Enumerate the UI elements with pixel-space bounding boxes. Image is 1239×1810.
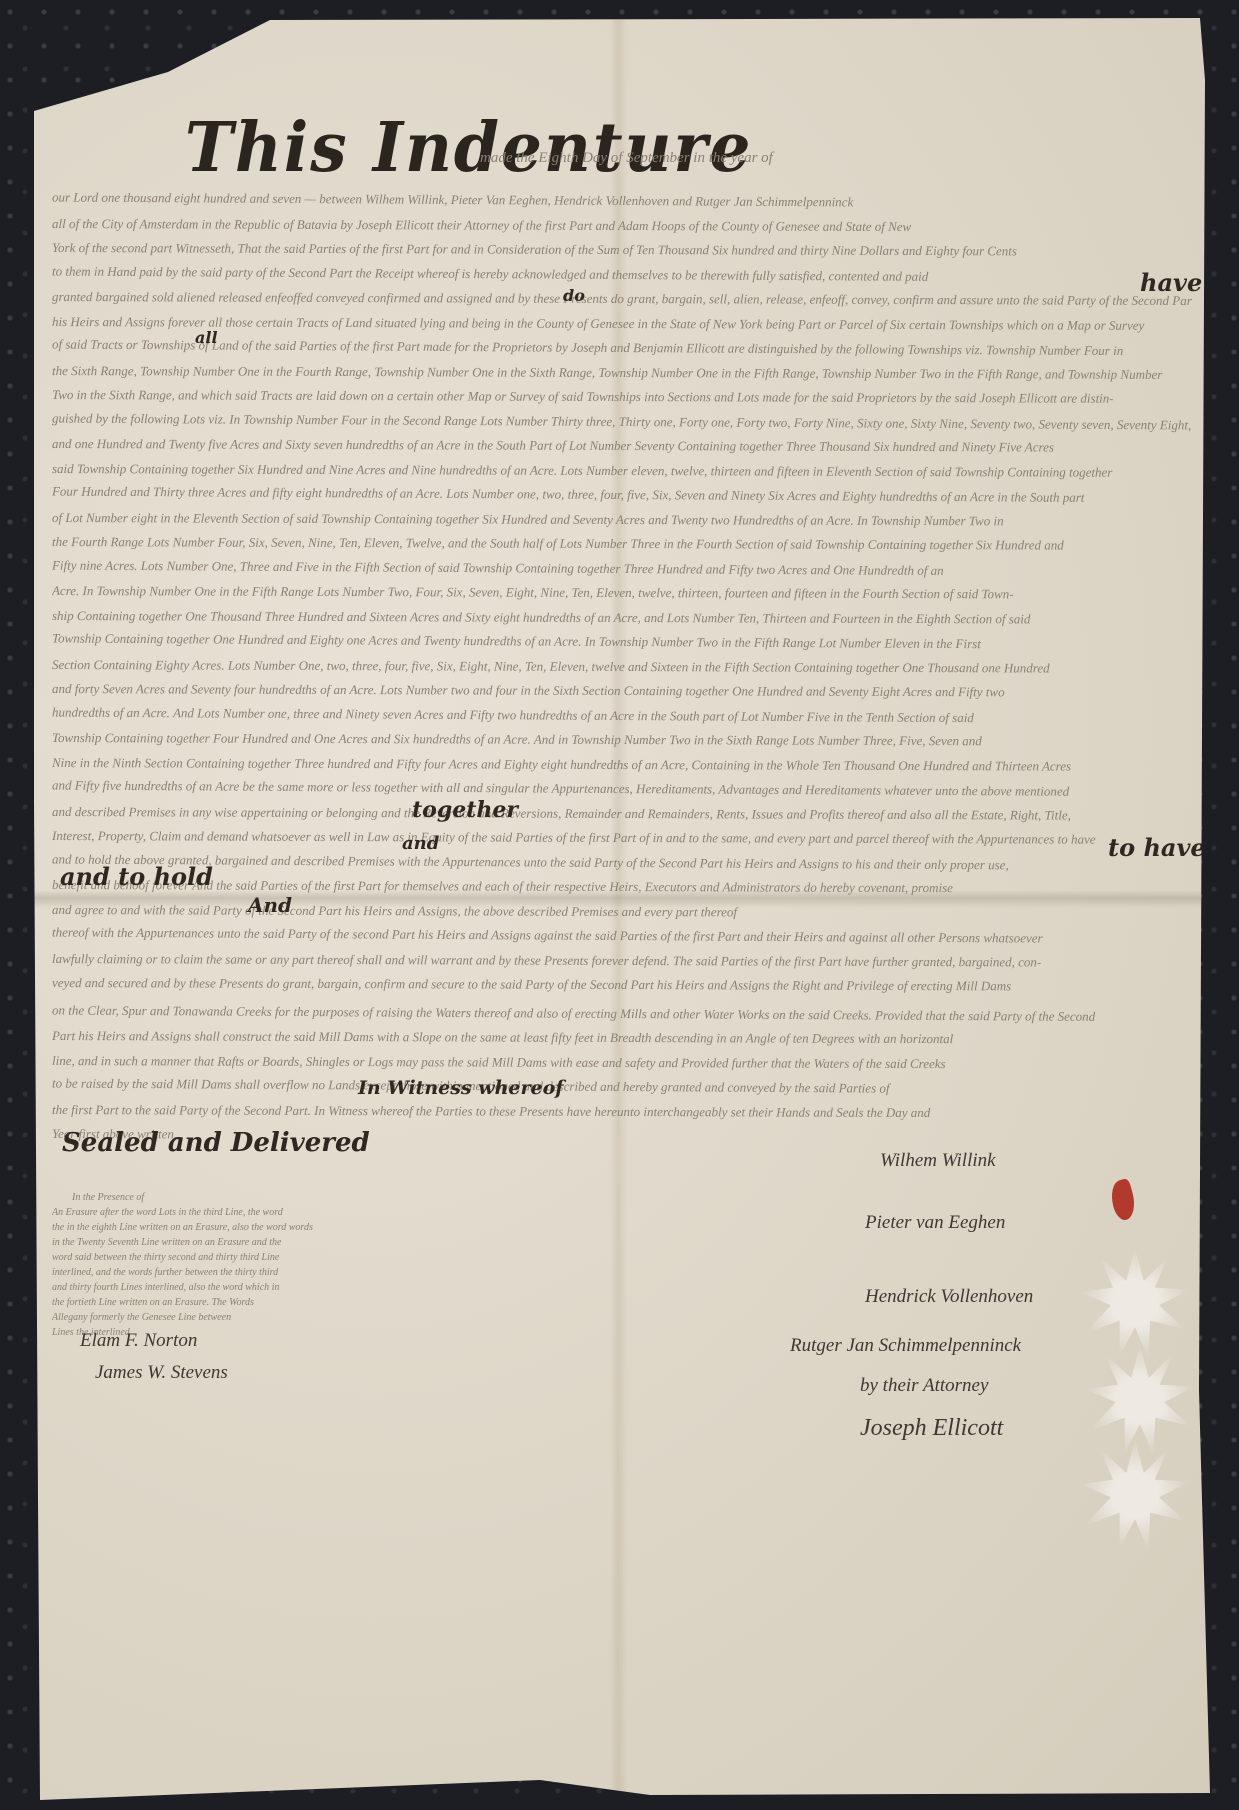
body-line: guished by the following Lots viz. In To… xyxy=(52,410,1192,433)
display-word-all: all xyxy=(195,328,218,347)
witness-note-line: An Erasure after the word Lots in the th… xyxy=(52,1205,322,1220)
grantor-signature: Rutger Jan Schimmelpenninck xyxy=(790,1335,1021,1357)
wax-seal-icon xyxy=(1107,1178,1139,1222)
opening-line: made the Eighth Day of September in the … xyxy=(480,150,1180,167)
witness-signature: Elam F. Norton xyxy=(80,1330,197,1352)
witness-note-line: interlined, and the words further betwee… xyxy=(52,1265,322,1280)
body-line: on the Clear, Spur and Tonawanda Creeks … xyxy=(52,1002,1192,1025)
witness-note-line: Allegany formerly the Genesee Line betwe… xyxy=(52,1310,322,1325)
body-line: all of the City of Amsterdam in the Repu… xyxy=(52,216,1192,236)
witness-note-line: the in the eighth Line written on an Era… xyxy=(52,1220,322,1235)
body-line: Fifty nine Acres. Lots Number One, Three… xyxy=(52,557,1192,580)
body-line: and described Premises in any wise apper… xyxy=(52,804,1192,824)
body-line: and forty Seven Acres and Seventy four h… xyxy=(52,681,1192,701)
display-word-and: and xyxy=(402,833,439,854)
body-line: our Lord one thousand eight hundred and … xyxy=(52,190,1192,213)
body-line: ship Containing together One Thousand Th… xyxy=(52,608,1192,628)
body-line: Acre. In Township Number One in the Fift… xyxy=(52,583,1192,603)
body-line: Part his Heirs and Assigns shall constru… xyxy=(52,1028,1192,1048)
body-line: and to hold the above granted, bargained… xyxy=(52,851,1192,874)
body-line: Section Containing Eighty Acres. Lots Nu… xyxy=(52,657,1192,677)
body-line: Two in the Sixth Range, and which said T… xyxy=(52,387,1192,407)
witness-note-line: word said between the thirty second and … xyxy=(52,1250,322,1265)
witness-note-line: in the Twenty Seventh Line written on an… xyxy=(52,1235,322,1250)
display-word-to-have: to have xyxy=(1108,833,1206,862)
body-line: granted bargained sold aliened released … xyxy=(52,289,1192,309)
parchment-document: This Indenture made the Eighth Day of Se… xyxy=(0,0,1239,1810)
body-line: to them in Hand paid by the said party o… xyxy=(52,263,1192,286)
display-in-witness-whereof: In Witness whereof xyxy=(358,1077,563,1099)
grantor-signature: by their Attorney xyxy=(860,1375,988,1397)
paper-seal-icon xyxy=(1085,1345,1195,1455)
witness-signature: James W. Stevens xyxy=(95,1362,228,1384)
body-line: thereof with the Appurtenances unto the … xyxy=(52,925,1192,948)
body-line: York of the second part Witnesseth, That… xyxy=(52,240,1192,260)
display-word-and-cap: And xyxy=(248,893,292,917)
body-line: to be raised by the said Mill Dams shall… xyxy=(52,1076,1192,1099)
body-line: Township Containing together One Hundred… xyxy=(52,631,1192,654)
witness-note: In the Presence of An Erasure after the … xyxy=(52,1190,322,1340)
body-line: Interest, Property, Claim and demand wha… xyxy=(52,828,1192,848)
body-line: veyed and secured and by these Presents … xyxy=(52,975,1192,995)
display-word-do: do xyxy=(563,286,585,305)
display-word-together: together xyxy=(412,797,518,823)
witness-heading: In the Presence of xyxy=(52,1190,322,1205)
grantor-signature: Wilhem Willink xyxy=(880,1150,996,1172)
body-line: the Sixth Range, Township Number One in … xyxy=(52,363,1192,383)
display-word-have: have xyxy=(1140,268,1202,297)
grantor-signature: Hendrick Vollenhoven xyxy=(865,1286,1033,1308)
body-line: hundredths of an Acre. And Lots Number o… xyxy=(52,704,1192,727)
display-sealed-and-delivered: Sealed and Delivered xyxy=(62,1128,370,1158)
body-line: and Fifty five hundredths of an Acre be … xyxy=(52,778,1192,801)
body-line: said Township Containing together Six Hu… xyxy=(52,461,1192,481)
body-line: line, and in such a manner that Rafts or… xyxy=(52,1053,1192,1073)
body-line: and agree to and with the said Party of … xyxy=(52,902,1192,922)
body-line: Township Containing together Four Hundre… xyxy=(52,730,1192,750)
body-line: Nine in the Ninth Section Containing tog… xyxy=(52,755,1192,775)
grantor-signature: Pieter van Eeghen xyxy=(865,1212,1005,1234)
body-line: benefit and behoof forever And the said … xyxy=(52,877,1192,897)
body-line: the first Part to the said Party of the … xyxy=(52,1102,1192,1122)
grantor-signature: Joseph Ellicott xyxy=(860,1415,1003,1442)
body-line: of said Tracts or Townships of Land of t… xyxy=(52,337,1192,360)
paper-seal-icon xyxy=(1080,1248,1190,1358)
witness-note-lines: An Erasure after the word Lots in the th… xyxy=(52,1205,322,1340)
paper-seal-icon xyxy=(1080,1440,1190,1550)
body-line: Four Hundred and Thirty three Acres and … xyxy=(52,484,1192,507)
body-line: and one Hundred and Twenty five Acres an… xyxy=(52,436,1192,456)
body-line: his Heirs and Assigns forever all those … xyxy=(52,314,1192,334)
witness-note-line: the fortieth Line written on an Erasure.… xyxy=(52,1295,322,1310)
document-title: This Indenture xyxy=(185,108,752,188)
witness-note-line: and thirty fourth Lines interlined, also… xyxy=(52,1280,322,1295)
body-line: lawfully claiming or to claim the same o… xyxy=(52,951,1192,971)
display-word-and-to-hold: and to hold xyxy=(60,862,213,891)
body-line: of Lot Number eight in the Eleventh Sect… xyxy=(52,510,1192,530)
body-line: the Fourth Range Lots Number Four, Six, … xyxy=(52,534,1192,554)
